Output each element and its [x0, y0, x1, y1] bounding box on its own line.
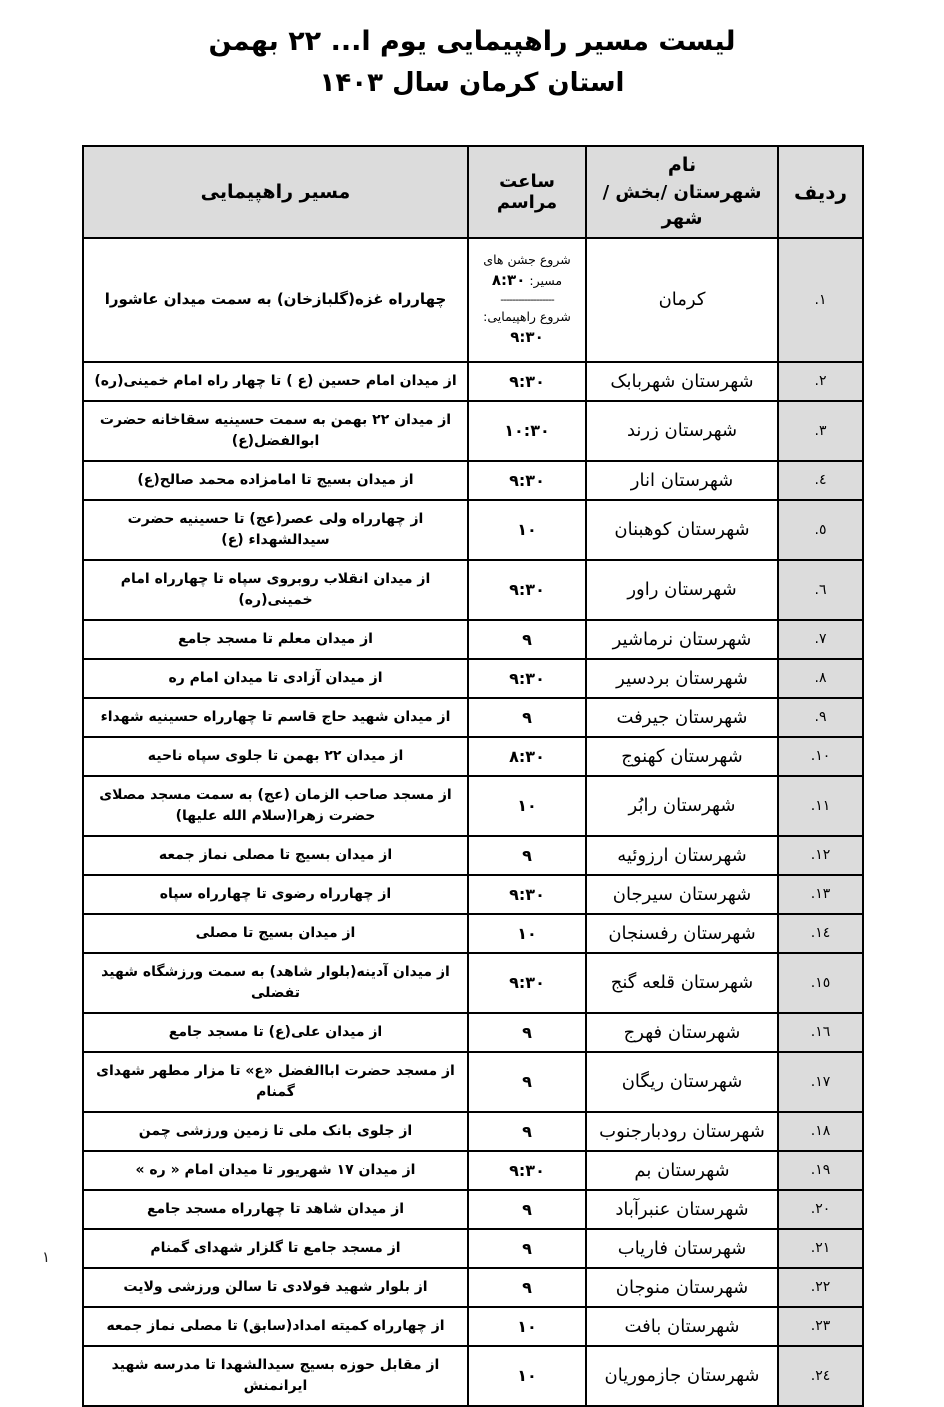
row-number-cell: ١٧. [778, 1052, 863, 1112]
route-cell: از میدان امام حسین (ع ) تا چهار راه امام… [83, 362, 468, 401]
table-row: ٩. شهرستان جیرفت ۹ از میدان شهید حاج قاس… [83, 698, 863, 737]
time-cell: ۱۰ [468, 776, 586, 836]
route-cell: از میدان شاهد تا چهارراه مسجد جامع [83, 1190, 468, 1229]
time-cell-multi: شروع جشن های مسیر: ۸:۳۰ ----------------… [473, 250, 581, 350]
time-cell: ۱۰ [468, 1307, 586, 1346]
route-cell: از میدان بسیج تا امامزاده محمد صالح(ع) [83, 461, 468, 500]
row-number-cell: ٧. [778, 620, 863, 659]
row-number-cell: ١٩. [778, 1151, 863, 1190]
county-name-cell: شهرستان رابُر [586, 776, 778, 836]
table-row: ٧. شهرستان نرماشیر ۹ از میدان معلم تا مس… [83, 620, 863, 659]
time-cell: ۹:۳۰ [468, 461, 586, 500]
table-body: ١. کرمان شروع جشن های مسیر: ۸:۳۰ -------… [83, 238, 863, 1406]
row-number-cell: ١٢. [778, 836, 863, 875]
time-cell: ۹ [468, 1112, 586, 1151]
table-header-row: ردیف نام شهرستان /بخش /شهر ساعت مراسم مس… [83, 146, 863, 238]
row-number-cell: ٢. [778, 362, 863, 401]
time-cell: ۹:۳۰ [468, 1151, 586, 1190]
route-cell: از میدان ۲۲ بهمن به سمت حسینیه سقاخانه ح… [83, 401, 468, 461]
county-name-cell: شهرستان بم [586, 1151, 778, 1190]
table-row: ٥. شهرستان کوهبنان ۱۰ از چهارراه ولی عصر… [83, 500, 863, 560]
row-number-cell: ٩. [778, 698, 863, 737]
row-number-cell: ٣. [778, 401, 863, 461]
county-name-cell: شهرستان کوهبنان [586, 500, 778, 560]
route-cell: از چهارراه کمیته امداد(سابق) تا مصلی نما… [83, 1307, 468, 1346]
route-cell: از مسجد جامع تا گلزار شهدای گمنام [83, 1229, 468, 1268]
county-name-cell: شهرستان رفسنجان [586, 914, 778, 953]
route-cell: از چهارراه ولی عصر(عج) تا حسینیه حضرت سی… [83, 500, 468, 560]
table-row: ١٣. شهرستان سیرجان ۹:۳۰ از چهارراه رضوی … [83, 875, 863, 914]
county-name-cell: شهرستان زرند [586, 401, 778, 461]
route-cell: از بلوار شهید فولادی تا سالن ورزشی ولایت [83, 1268, 468, 1307]
table-row: ١٢. شهرستان ارزوئیه ۹ از میدان بسیج تا م… [83, 836, 863, 875]
county-name-cell: شهرستان فهرج [586, 1013, 778, 1052]
row-number-cell: ٨. [778, 659, 863, 698]
march-start-value: ۹:۳۰ [473, 326, 581, 349]
table-row: ٢٣. شهرستان بافت ۱۰ از چهارراه کمیته امد… [83, 1307, 863, 1346]
time-cell: ۱۰ [468, 1346, 586, 1406]
table-row: ١٧. شهرستان ریگان ۹ از مسجد حضرت اباالفض… [83, 1052, 863, 1112]
table-row-kerman: ١. کرمان شروع جشن های مسیر: ۸:۳۰ -------… [83, 238, 863, 362]
time-cell: ۹:۳۰ [468, 875, 586, 914]
table-row: ٤. شهرستان انار ۹:۳۰ از میدان بسیج تا ام… [83, 461, 863, 500]
time-cell: ۹ [468, 836, 586, 875]
county-name-cell: شهرستان بردسیر [586, 659, 778, 698]
header-ceremony-time: ساعت مراسم [468, 146, 586, 238]
row-number-cell: ١٤. [778, 914, 863, 953]
route-cell: از میدان انقلاب روبروی سپاه تا چهارراه ا… [83, 560, 468, 620]
county-name-cell: شهرستان رودبارجنوب [586, 1112, 778, 1151]
county-name-cell: شهرستان عنبرآباد [586, 1190, 778, 1229]
county-name-cell: شهرستان ارزوئیه [586, 836, 778, 875]
time-cell: ۹:۳۰ [468, 560, 586, 620]
route-cell: از مسجد حضرت اباالفضل «ع» تا مزار مطهر ش… [83, 1052, 468, 1112]
table-row: ٦. شهرستان راور ۹:۳۰ از میدان انقلاب روب… [83, 560, 863, 620]
route-cell: از میدان آدینه(بلوار شاهد) به سمت ورزشگا… [83, 953, 468, 1013]
route-cell: از مقابل حوزه بسیج سیدالشهدا تا مدرسه شه… [83, 1346, 468, 1406]
time-cell: ۹ [468, 620, 586, 659]
header-row-number: ردیف [778, 146, 863, 238]
county-name-cell: شهرستان راور [586, 560, 778, 620]
route-cell: چهارراه غزه(گلبازخان) به سمت میدان عاشور… [83, 238, 468, 362]
county-name-cell: شهرستان فاریاب [586, 1229, 778, 1268]
time-cell: شروع جشن های مسیر: ۸:۳۰ ----------------… [468, 238, 586, 362]
page-title-line1: لیست مسیر راهپیمایی یوم ا... ۲۲ بهمن [0, 22, 944, 61]
route-cell: از میدان ۱۷ شهریور تا میدان امام « ره » [83, 1151, 468, 1190]
header-county-name: نام شهرستان /بخش /شهر [586, 146, 778, 238]
time-cell: ۹ [468, 1268, 586, 1307]
time-cell: ۹:۳۰ [468, 362, 586, 401]
page-title: لیست مسیر راهپیمایی یوم ا... ۲۲ بهمن است… [0, 22, 944, 105]
row-number-cell: ٤. [778, 461, 863, 500]
time-cell: ۱۰:۳۰ [468, 401, 586, 461]
page-number: ۱ [42, 1248, 50, 1266]
row-number-cell: ٢٠. [778, 1190, 863, 1229]
time-cell: ۱۰ [468, 914, 586, 953]
route-cell: از مسجد صاحب الزمان (عج) به سمت مسجد مصل… [83, 776, 468, 836]
county-name-cell: کرمان [586, 238, 778, 362]
row-number-cell: ١١. [778, 776, 863, 836]
row-number-cell: ٢٢. [778, 1268, 863, 1307]
route-cell: از چهارراه رضوی تا چهارراه سپاه [83, 875, 468, 914]
document-page: { "page": { "title_line1": "لیست مسیر را… [0, 0, 944, 1280]
time-cell: ۸:۳۰ [468, 737, 586, 776]
table-row: ٢١. شهرستان فاریاب ۹ از مسجد جامع تا گلز… [83, 1229, 863, 1268]
page-title-line2: استان کرمان سال ۱۴۰۳ [0, 61, 944, 105]
row-number-cell: ٦. [778, 560, 863, 620]
county-name-cell: شهرستان جازموریان [586, 1346, 778, 1406]
march-start-label: شروع راهپیمایی: [473, 307, 581, 326]
time-cell: ۹:۳۰ [468, 953, 586, 1013]
header-county-name-line2: شهرستان /بخش /شهر [591, 180, 773, 232]
county-name-cell: شهرستان سیرجان [586, 875, 778, 914]
time-cell: ۹ [468, 1052, 586, 1112]
county-name-cell: شهرستان نرماشیر [586, 620, 778, 659]
table-row: ٢٠. شهرستان عنبرآباد ۹ از میدان شاهد تا … [83, 1190, 863, 1229]
route-cell: از میدان ۲۲ بهمن تا جلوی سپاه ناحیه [83, 737, 468, 776]
time-cell: ۹:۳۰ [468, 659, 586, 698]
row-number-cell: ١٦. [778, 1013, 863, 1052]
table-row: ٢٤. شهرستان جازموریان ۱۰ از مقابل حوزه ب… [83, 1346, 863, 1406]
county-name-cell: شهرستان کهنوج [586, 737, 778, 776]
route-cell: از میدان آزادی تا میدان امام ره [83, 659, 468, 698]
table-row: ١٨. شهرستان رودبارجنوب ۹ از جلوی بانک مل… [83, 1112, 863, 1151]
table-row: ١٠. شهرستان کهنوج ۸:۳۰ از میدان ۲۲ بهمن … [83, 737, 863, 776]
table-row: ١٩. شهرستان بم ۹:۳۰ از میدان ۱۷ شهریور ت… [83, 1151, 863, 1190]
rally-routes-table: ردیف نام شهرستان /بخش /شهر ساعت مراسم مس… [82, 145, 864, 1407]
county-name-cell: شهرستان جیرفت [586, 698, 778, 737]
header-rally-route: مسیر راهپیمایی [83, 146, 468, 238]
county-name-cell: شهرستان ریگان [586, 1052, 778, 1112]
row-number-cell: ١. [778, 238, 863, 362]
route-cell: از میدان بسیج تا مصلی [83, 914, 468, 953]
table-row: ١٥. شهرستان قلعه گنج ۹:۳۰ از میدان آدینه… [83, 953, 863, 1013]
row-number-cell: ٢٣. [778, 1307, 863, 1346]
time-cell: ۹ [468, 698, 586, 737]
county-name-cell: شهرستان انار [586, 461, 778, 500]
header-county-name-line1: نام [591, 152, 773, 180]
row-number-cell: ٢٤. [778, 1346, 863, 1406]
route-cell: از میدان بسیج تا مصلی نماز جمعه [83, 836, 468, 875]
row-number-cell: ٥. [778, 500, 863, 560]
route-cell: از میدان علی(ع) تا مسجد جامع [83, 1013, 468, 1052]
table-row: ١٤. شهرستان رفسنجان ۱۰ از میدان بسیج تا … [83, 914, 863, 953]
dashed-divider: ------------------ [473, 293, 581, 307]
route-cell: از جلوی بانک ملی تا زمین ورزشی چمن [83, 1112, 468, 1151]
county-name-cell: شهرستان قلعه گنج [586, 953, 778, 1013]
route-cell: از میدان شهید حاج قاسم تا چهارراه حسینیه… [83, 698, 468, 737]
row-number-cell: ١٥. [778, 953, 863, 1013]
table-row: ٢. شهرستان شهربابک ۹:۳۰ از میدان امام حس… [83, 362, 863, 401]
table-row: ١١. شهرستان رابُر ۱۰ از مسجد صاحب الزمان… [83, 776, 863, 836]
row-number-cell: ١٨. [778, 1112, 863, 1151]
time-cell: ۹ [468, 1190, 586, 1229]
county-name-cell: شهرستان شهربابک [586, 362, 778, 401]
time-cell: ۹ [468, 1229, 586, 1268]
table-row: ١٦. شهرستان فهرج ۹ از میدان علی(ع) تا مس… [83, 1013, 863, 1052]
route-cell: از میدان معلم تا مسجد جامع [83, 620, 468, 659]
county-name-cell: شهرستان بافت [586, 1307, 778, 1346]
table-row: ٢٢. شهرستان منوجان ۹ از بلوار شهید فولاد… [83, 1268, 863, 1307]
row-number-cell: ٢١. [778, 1229, 863, 1268]
table-row: ٣. شهرستان زرند ۱۰:۳۰ از میدان ۲۲ بهمن ب… [83, 401, 863, 461]
time-cell: ۹ [468, 1013, 586, 1052]
row-number-cell: ١٣. [778, 875, 863, 914]
time-cell: ۱۰ [468, 500, 586, 560]
table-row: ٨. شهرستان بردسیر ۹:۳۰ از میدان آزادی تا… [83, 659, 863, 698]
celebration-start-value: مسیر: ۸:۳۰ [473, 269, 581, 292]
row-number-cell: ١٠. [778, 737, 863, 776]
county-name-cell: شهرستان منوجان [586, 1268, 778, 1307]
celebration-start-label: شروع جشن های [473, 250, 581, 269]
